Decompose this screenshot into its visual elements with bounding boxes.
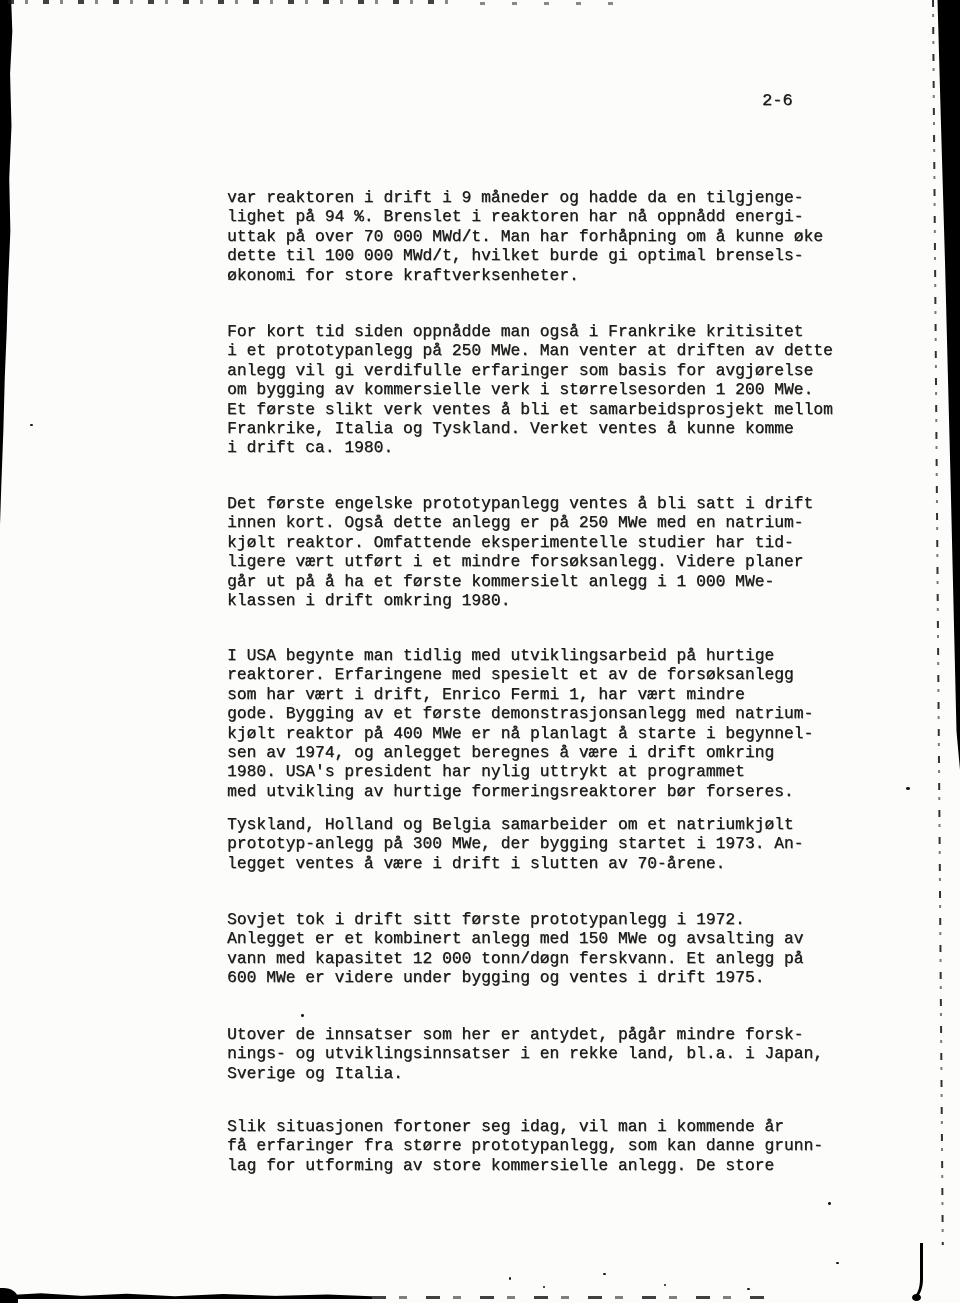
page-number: 2-6 (762, 92, 793, 111)
scan-speck (509, 1277, 511, 1280)
scan-right-line-hook (913, 1243, 923, 1299)
scan-speck (828, 1202, 831, 1205)
paragraph-reactor-availability: var reaktoren i drift i 9 måneder og had… (227, 188, 823, 285)
scan-top-dash-marks-2 (480, 2, 640, 5)
scan-speck (664, 1284, 666, 1286)
paragraph-france-prototype: For kort tid siden oppnådde man også i F… (227, 322, 833, 458)
paragraph-usa-development: I USA begynte man tidlig med utviklingsa… (227, 646, 813, 801)
paragraph-outlook: Slik situasjonen fortoner seg idag, vil … (227, 1117, 823, 1175)
paragraph-germany-holland-belgium: Tyskland, Holland og Belgia samarbeider … (227, 815, 803, 873)
scan-speck (747, 1288, 750, 1290)
paragraph-english-prototype: Det første engelske prototypanlegg vente… (227, 494, 813, 610)
scan-speck (603, 1273, 606, 1275)
scan-edge-left-band (0, 0, 14, 525)
scan-speck (906, 787, 910, 790)
scan-bottom-dash-marks (372, 1296, 764, 1299)
scan-top-dash-marks (8, 0, 463, 4)
scan-bottom-edge-line (0, 1292, 372, 1299)
scanned-document-page: 2-6 var reaktoren i drift i 9 måneder og… (0, 0, 960, 1303)
scan-speck (836, 1262, 839, 1264)
paragraph-soviet-prototype: Sovjet tok i drift sitt første prototypa… (227, 910, 803, 988)
scan-speck (543, 1286, 545, 1288)
scan-right-dashed-line (932, 0, 944, 1245)
scan-speck (301, 1014, 304, 1017)
scan-speck (30, 424, 33, 426)
paragraph-other-countries: Utover de innsatser som her er antydet, … (227, 1025, 823, 1083)
